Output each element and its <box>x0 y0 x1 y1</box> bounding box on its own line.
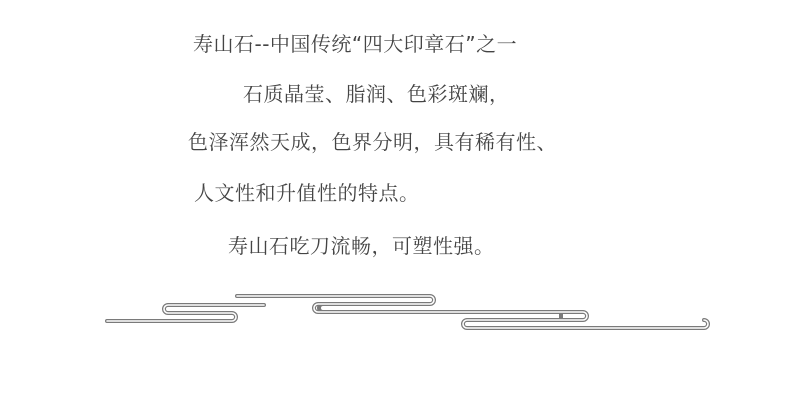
cloud-line-ornament <box>0 0 790 394</box>
